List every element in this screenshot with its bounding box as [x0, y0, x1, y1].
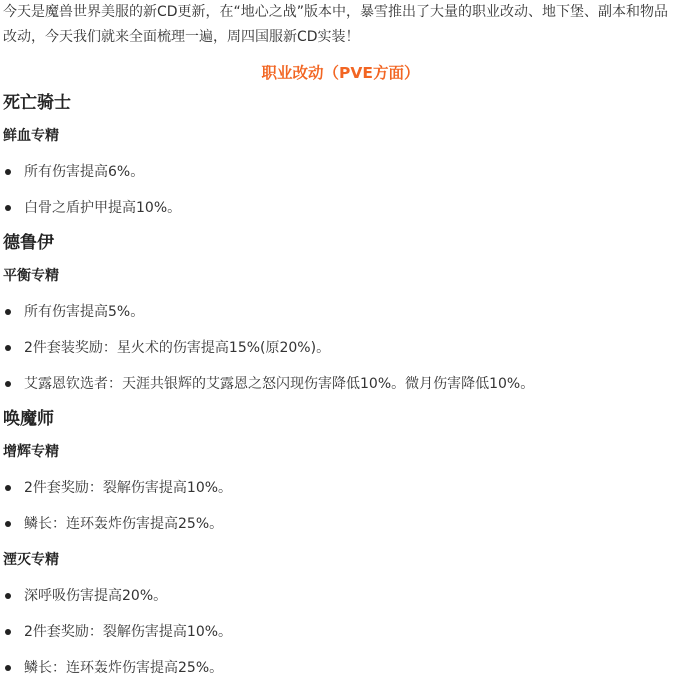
- class-title-druid: 德鲁伊: [3, 228, 678, 258]
- list-item: 白骨之盾护甲提高10%。: [3, 190, 678, 226]
- list-item: 鳞长：连环轰炸伤害提高25%。: [3, 506, 678, 542]
- list-item: 所有伤害提高5%。: [3, 294, 678, 330]
- balance-changes-list: 所有伤害提高5%。 2件套装奖励：星火术的伤害提高15%(原20%)。 艾露恩钦…: [3, 294, 678, 402]
- class-title-death-knight: 死亡骑士: [3, 88, 678, 118]
- bullet-icon: [5, 629, 11, 635]
- list-item: 鳞长：连环轰炸伤害提高25%。: [3, 650, 678, 678]
- spec-title-blood: 鲜血专精: [3, 118, 678, 154]
- list-item: 2件套装奖励：星火术的伤害提高15%(原20%)。: [3, 330, 678, 366]
- spec-title-balance: 平衡专精: [3, 258, 678, 294]
- bullet-icon: [5, 593, 11, 599]
- bullet-icon: [5, 381, 11, 387]
- list-item: 2件套奖励：裂解伤害提高10%。: [3, 470, 678, 506]
- bullet-icon: [5, 205, 11, 211]
- list-item: 2件套奖励：裂解伤害提高10%。: [3, 614, 678, 650]
- section-title: 职业改动（PVE方面）: [3, 60, 678, 86]
- bullet-icon: [5, 309, 11, 315]
- list-item: 深呼吸伤害提高20%。: [3, 578, 678, 614]
- augmentation-changes-list: 2件套奖励：裂解伤害提高10%。 鳞长：连环轰炸伤害提高25%。: [3, 470, 678, 542]
- intro-paragraph: 今天是魔兽世界美服的新CD更新，在“地心之战”版本中，暴雪推出了大量的职业改动、…: [3, 0, 678, 50]
- bullet-icon: [5, 345, 11, 351]
- bullet-icon: [5, 665, 11, 671]
- list-item: 所有伤害提高6%。: [3, 154, 678, 190]
- bullet-icon: [5, 169, 11, 175]
- blood-changes-list: 所有伤害提高6%。 白骨之盾护甲提高10%。: [3, 154, 678, 226]
- devastation-changes-list: 深呼吸伤害提高20%。 2件套奖励：裂解伤害提高10%。 鳞长：连环轰炸伤害提高…: [3, 578, 678, 678]
- spec-title-augmentation: 增辉专精: [3, 434, 678, 470]
- bullet-icon: [5, 521, 11, 527]
- list-item: 艾露恩钦选者：天涯共银辉的艾露恩之怒闪现伤害降低10%。微月伤害降低10%。: [3, 366, 678, 402]
- bullet-icon: [5, 485, 11, 491]
- article-body: 今天是魔兽世界美服的新CD更新，在“地心之战”版本中，暴雪推出了大量的职业改动、…: [0, 0, 678, 678]
- spec-title-devastation: 湮灭专精: [3, 542, 678, 578]
- class-title-evoker: 唤魔师: [3, 404, 678, 434]
